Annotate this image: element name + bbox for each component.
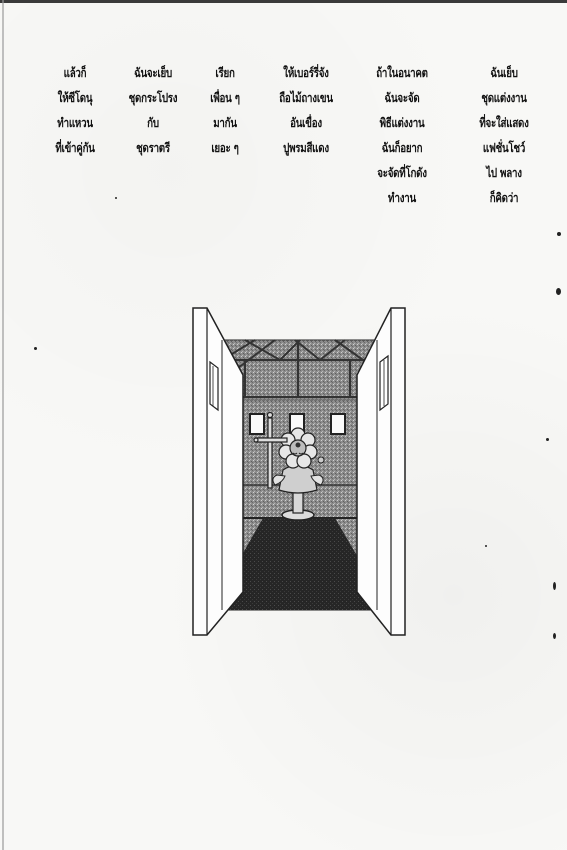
open-doors-hall-illustration <box>185 300 415 650</box>
narration-line: ทำงาน <box>366 185 438 210</box>
narration-line: แฟชั่นโชว์ <box>468 135 540 160</box>
narration-line: ทำแหวน <box>48 110 103 135</box>
scan-speck <box>553 582 556 590</box>
narration-line: ฉันจะเย็บ <box>118 60 188 85</box>
narration-column-2: ฉันจะเย็บ ชุดกระโปรง กับ ชุดราตรี <box>118 60 188 160</box>
narration-line: ปูพรมสีแดง <box>269 135 344 160</box>
scan-speck <box>115 197 117 199</box>
page-top-edge <box>0 0 567 3</box>
scan-speck <box>34 347 37 350</box>
narration-line: ไป พลาง <box>468 160 540 185</box>
narration-line: ชุดราตรี <box>118 135 188 160</box>
scan-speck <box>556 288 561 295</box>
narration-line: แล้วก็ <box>48 60 103 85</box>
narration-column-6: ฉันเย็บ ชุดแต่งงาน ที่จะใส่แสดง แฟชั่นโช… <box>468 60 540 210</box>
narration-line: มากัน <box>202 110 249 135</box>
narration-line: ฉันก็อยาก <box>366 135 438 160</box>
narration-line: เรียก <box>202 60 249 85</box>
narration-line: ให้ซีโดนุ <box>48 85 103 110</box>
narration-line: กับ <box>118 110 188 135</box>
narration-line: ถือไม้ถางเขน <box>269 85 344 110</box>
scan-speck <box>557 232 561 236</box>
scan-speck <box>485 545 487 547</box>
narration-column-3: เรียก เพื่อน ๆ มากัน เยอะ ๆ <box>202 60 249 160</box>
narration-line: เพื่อน ๆ <box>202 85 249 110</box>
narration-line: จะจัดที่โกดัง <box>366 160 438 185</box>
narration-line: ฉันจะจัด <box>366 85 438 110</box>
narration-line: ที่เข้าคู่กัน <box>48 135 103 160</box>
page-left-edge <box>2 0 4 850</box>
narration-line: ก็คิดว่า <box>468 185 540 210</box>
narration-column-1: แล้วก็ ให้ซีโดนุ ทำแหวน ที่เข้าคู่กัน <box>48 60 103 160</box>
narration-column-5: ถ้าในอนาคต ฉันจะจัด พิธีแต่งงาน ฉันก็อยา… <box>366 60 438 210</box>
narration-line: ชุดแต่งงาน <box>468 85 540 110</box>
narration-line: เยอะ ๆ <box>202 135 249 160</box>
manga-page: แล้วก็ ให้ซีโดนุ ทำแหวน ที่เข้าคู่กัน ฉั… <box>0 0 567 850</box>
scan-speck <box>546 438 549 441</box>
narration-column-4: ให้เบอร์รี่จัง ถือไม้ถางเขน อันเขื่อง ปู… <box>269 60 344 160</box>
narration-line: ให้เบอร์รี่จัง <box>269 60 344 85</box>
narration-line: อันเขื่อง <box>269 110 344 135</box>
narration-line: พิธีแต่งงาน <box>366 110 438 135</box>
narration-line: ชุดกระโปรง <box>118 85 188 110</box>
narration-line: ถ้าในอนาคต <box>366 60 438 85</box>
narration-line: ที่จะใส่แสดง <box>468 110 540 135</box>
narration-line: ฉันเย็บ <box>468 60 540 85</box>
scan-speck <box>553 633 556 639</box>
